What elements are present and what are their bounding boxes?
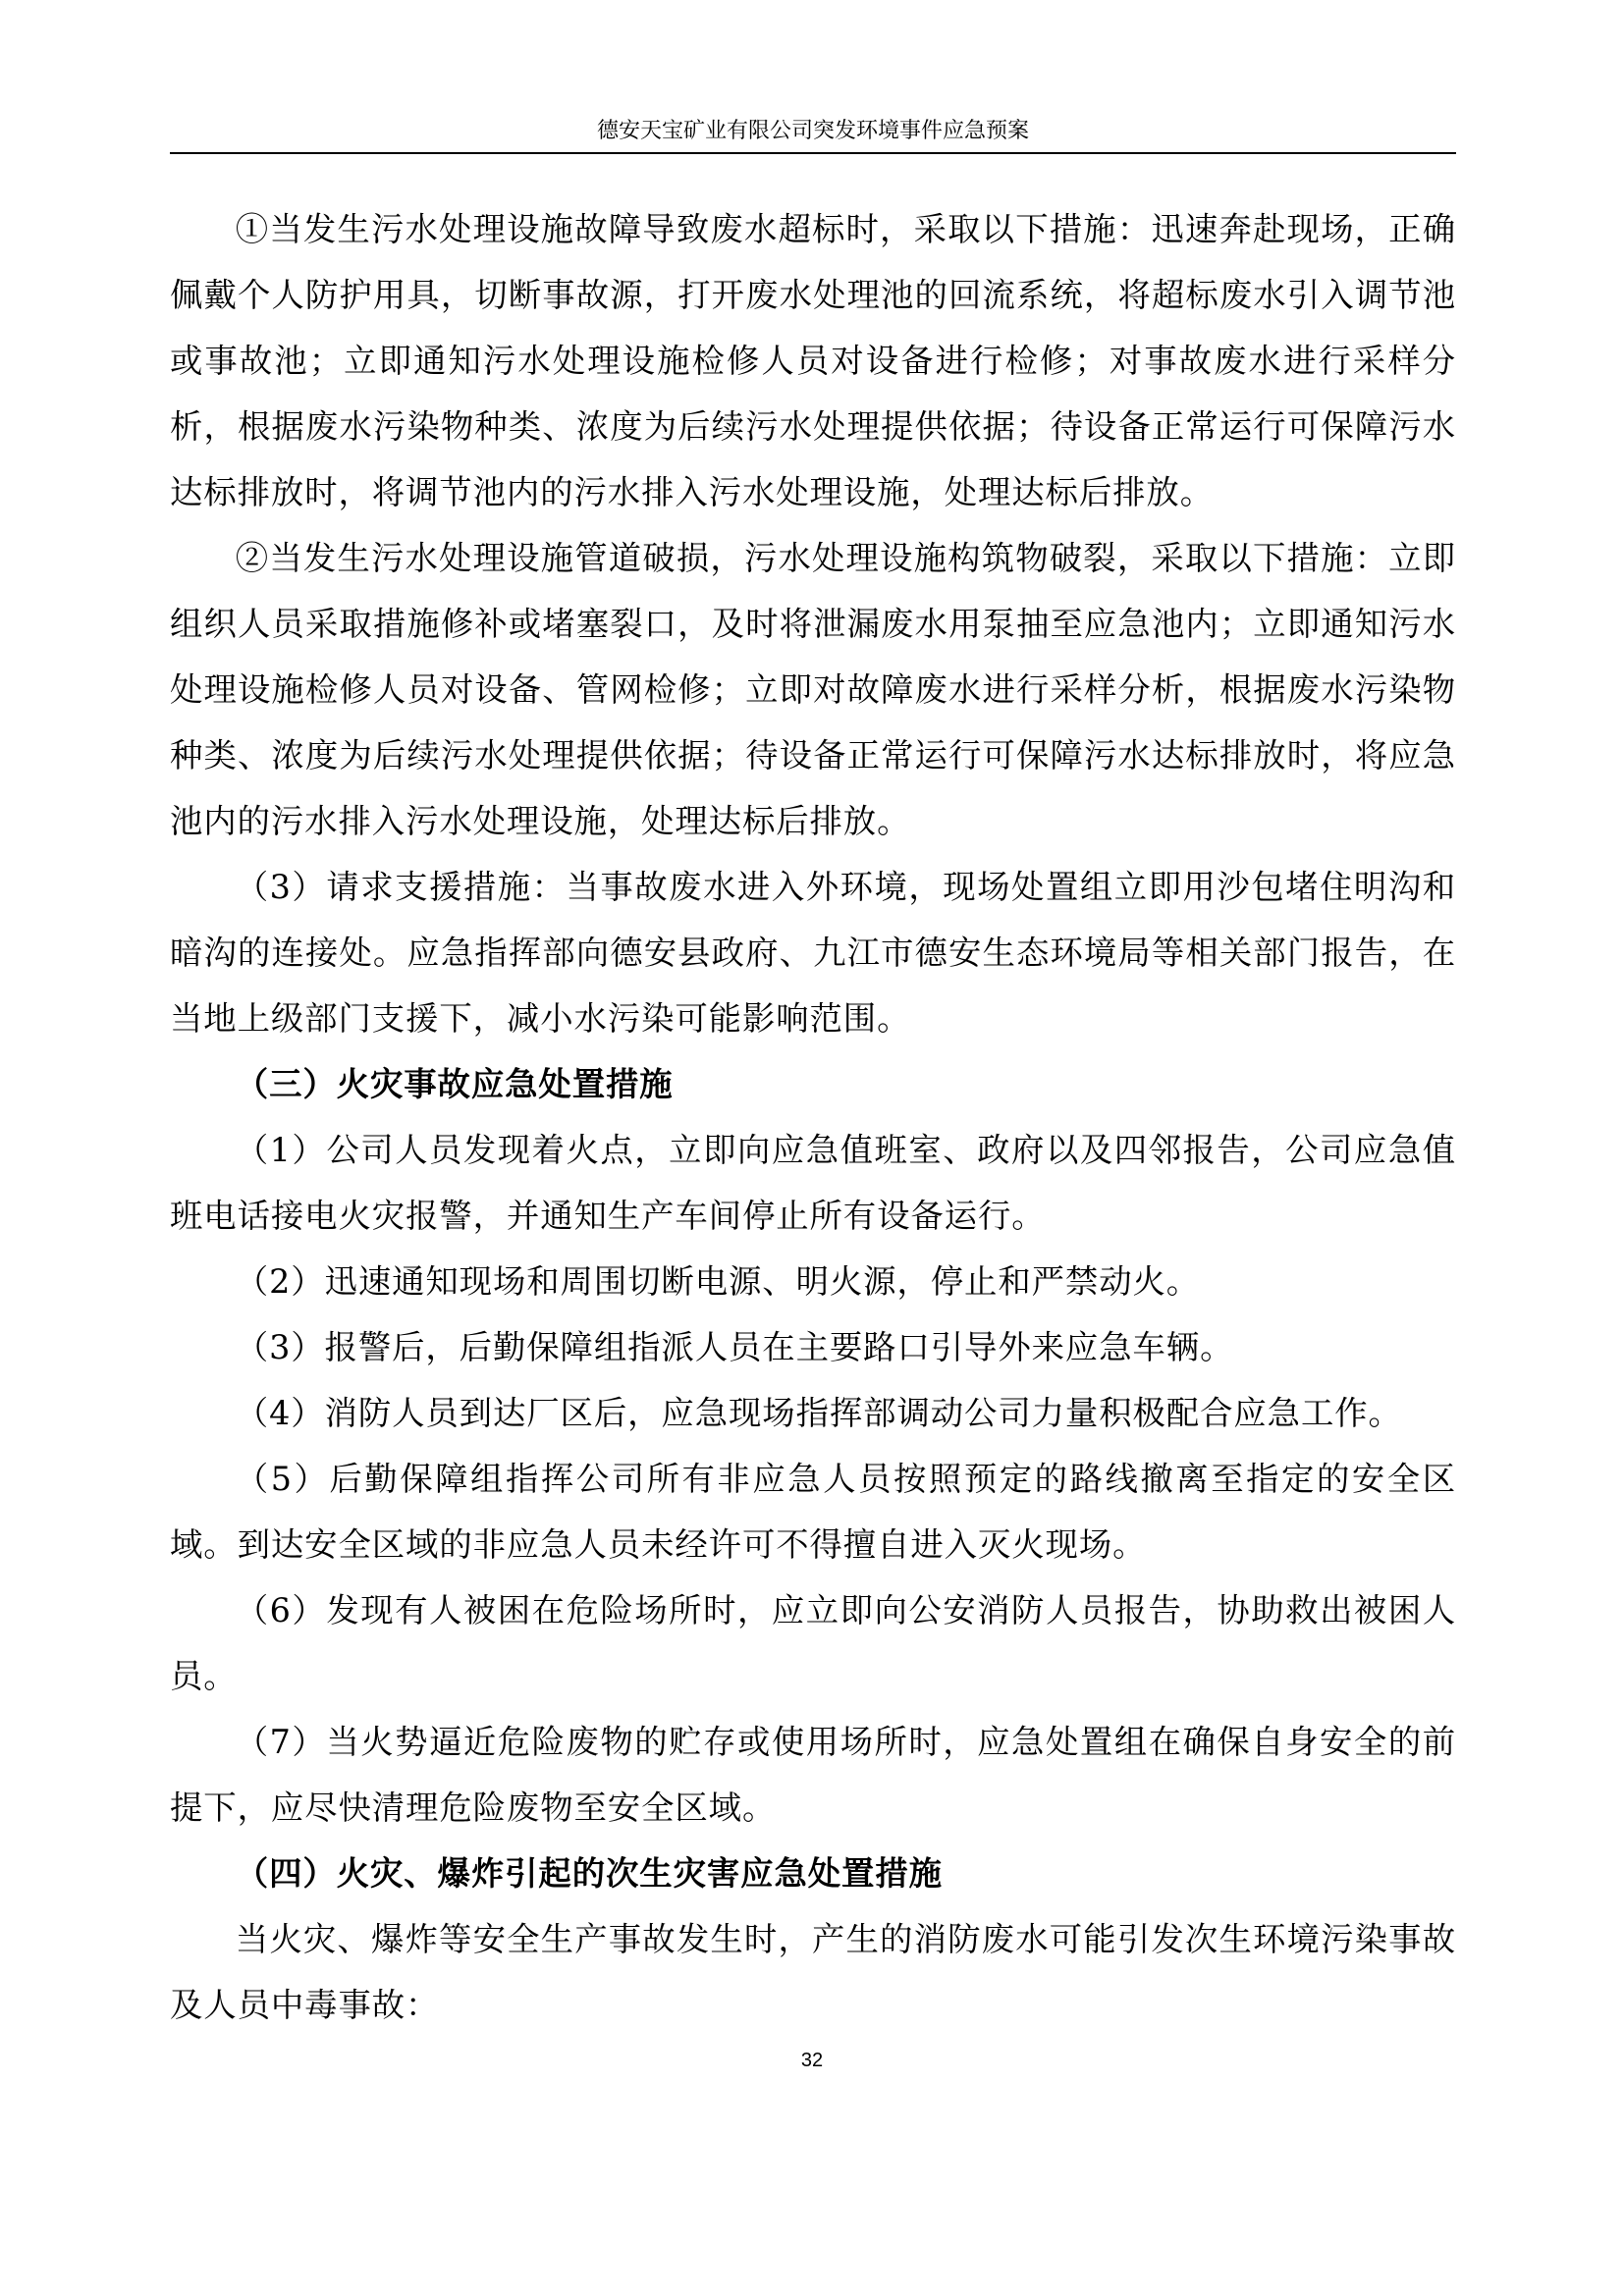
paragraph-fire-1: （1）公司人员发现着火点，立即向应急值班室、政府以及四邻报告，公司应急值班电话接… [170, 1117, 1456, 1249]
paragraph-fire-6: （6）发现有人被困在危险场所时，应立即向公安消防人员报告，协助救出被困人员。 [170, 1577, 1456, 1709]
page-number: 32 [0, 2050, 1624, 2072]
document-body: ①当发生污水处理设施故障导致废水超标时，采取以下措施：迅速奔赴现场，正确佩戴个人… [170, 196, 1456, 2038]
paragraph-secondary-disaster: 当火灾、爆炸等安全生产事故发生时，产生的消防废水可能引发次生环境污染事故及人员中… [170, 1906, 1456, 2038]
paragraph-fire-3: （3）报警后，后勤保障组指派人员在主要路口引导外来应急车辆。 [170, 1314, 1456, 1380]
paragraph-fire-4: （4）消防人员到达厂区后，应急现场指挥部调动公司力量积极配合应急工作。 [170, 1380, 1456, 1446]
paragraph-fire-2: （2）迅速通知现场和周围切断电源、明火源，停止和严禁动火。 [170, 1249, 1456, 1314]
header-divider [170, 152, 1456, 154]
paragraph-support-measures: （3）请求支援措施：当事故废水进入外环境，现场处置组立即用沙包堵住明沟和暗沟的连… [170, 854, 1456, 1051]
paragraph-fire-5: （5）后勤保障组指挥公司所有非应急人员按照预定的路线撤离至指定的安全区域。到达安… [170, 1446, 1456, 1577]
section-heading-fire: （三）火灾事故应急处置措施 [170, 1051, 1456, 1117]
section-heading-secondary-disaster: （四）火灾、爆炸引起的次生灾害应急处置措施 [170, 1841, 1456, 1906]
paragraph-fire-7: （7）当火势逼近危险废物的贮存或使用场所时，应急处置组在确保自身安全的前提下，应… [170, 1709, 1456, 1841]
running-header: 德安天宝矿业有限公司突发环境事件应急预案 [170, 110, 1456, 153]
paragraph-measure-2: ②当发生污水处理设施管道破损，污水处理设施构筑物破裂，采取以下措施：立即组织人员… [170, 525, 1456, 854]
paragraph-measure-1: ①当发生污水处理设施故障导致废水超标时，采取以下措施：迅速奔赴现场，正确佩戴个人… [170, 196, 1456, 525]
